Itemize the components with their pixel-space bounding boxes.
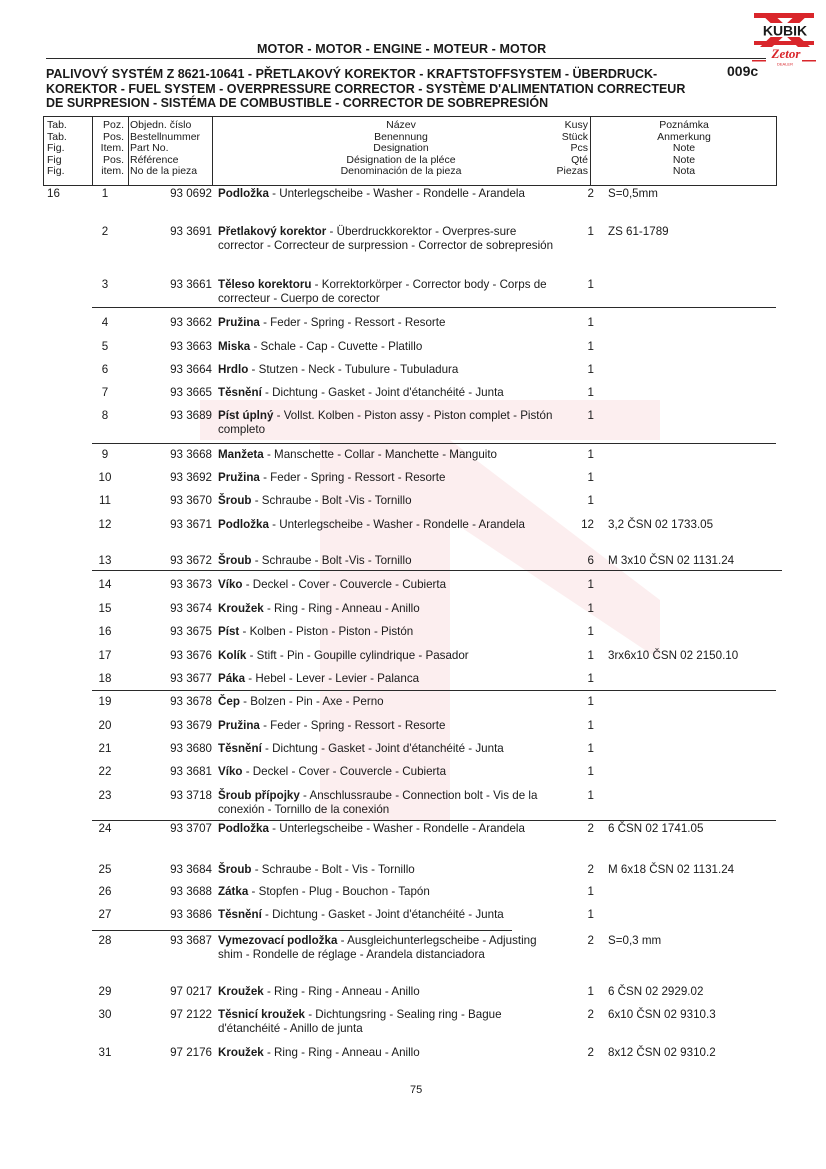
row-position: 13 <box>90 554 120 568</box>
row-quantity: 1 <box>560 409 594 423</box>
divider <box>46 58 766 59</box>
row-name-translations: - Hebel - Lever - Levier - Palanca <box>245 672 419 685</box>
row-note: 3rx6x10 ČSN 02 2150.10 <box>608 649 808 663</box>
row-part-number: 93 3676 <box>130 649 212 663</box>
row-quantity: 2 <box>560 822 594 836</box>
row-description: Zátka - Stopfen - Plug - Bouchon - Tapón <box>218 885 558 899</box>
row-part-number: 93 3688 <box>130 885 212 899</box>
row-name-translations: - Feder - Spring - Ressort - Resorte <box>260 471 446 484</box>
row-name-czech: Kolík <box>218 649 246 662</box>
row-description: Těsnění - Dichtung - Gasket - Joint d'ét… <box>218 742 558 756</box>
row-part-number: 97 0217 <box>130 985 212 999</box>
row-position: 14 <box>90 578 120 592</box>
row-description: Víko - Deckel - Cover - Couvercle - Cubi… <box>218 765 558 779</box>
row-part-number: 93 3665 <box>130 386 212 400</box>
row-name-czech: Šroub <box>218 863 252 876</box>
row-description: Píst - Kolben - Piston - Piston - Pistón <box>218 625 558 639</box>
row-quantity: 1 <box>560 885 594 899</box>
row-position: 25 <box>90 863 120 877</box>
row-quantity: 1 <box>560 448 594 462</box>
table-header: Tab.Tab.Fig.FigFig. Poz.Pos.Item.Pos.ite… <box>43 116 777 186</box>
row-name-translations: - Schraube - Bolt - Vis - Tornillo <box>252 863 415 876</box>
row-position: 12 <box>90 518 120 532</box>
row-position: 27 <box>90 908 120 922</box>
row-position: 23 <box>90 789 120 803</box>
row-part-number: 93 3675 <box>130 625 212 639</box>
row-position: 17 <box>90 649 120 663</box>
row-description: Kolík - Stift - Pin - Goupille cylindriq… <box>218 649 558 663</box>
row-quantity: 2 <box>560 1046 594 1060</box>
row-position: 30 <box>90 1008 120 1022</box>
row-name-czech: Podložka <box>218 187 269 200</box>
row-name-translations: - Dichtung - Gasket - Joint d'étanchéité… <box>262 386 504 399</box>
row-position: 29 <box>90 985 120 999</box>
row-part-number: 93 3686 <box>130 908 212 922</box>
row-part-number: 93 3674 <box>130 602 212 616</box>
row-name-czech: Těsnicí kroužek <box>218 1008 305 1021</box>
row-name-czech: Manžeta <box>218 448 264 461</box>
row-position: 28 <box>90 934 120 948</box>
group-divider <box>92 443 776 444</box>
row-name-czech: Kroužek <box>218 985 264 998</box>
row-position: 1 <box>90 187 120 201</box>
row-part-number: 93 3662 <box>130 316 212 330</box>
row-quantity: 1 <box>560 278 594 292</box>
row-name-translations: - Ring - Ring - Anneau - Anillo <box>264 602 420 615</box>
group-divider <box>92 570 782 571</box>
row-name-translations: - Feder - Spring - Ressort - Resorte <box>260 316 446 329</box>
row-name-czech: Těsnění <box>218 742 262 755</box>
row-name-translations: - Schraube - Bolt -Vis - Tornillo <box>252 494 412 507</box>
row-part-number: 93 0692 <box>130 187 212 201</box>
row-part-number: 93 3671 <box>130 518 212 532</box>
row-name-czech: Podložka <box>218 822 269 835</box>
row-fig-number: 16 <box>47 187 60 201</box>
row-position: 22 <box>90 765 120 779</box>
row-quantity: 1 <box>560 625 594 639</box>
row-part-number: 93 3679 <box>130 719 212 733</box>
svg-text:KUBIK: KUBIK <box>763 23 807 39</box>
row-position: 31 <box>90 1046 120 1060</box>
row-position: 9 <box>90 448 120 462</box>
row-part-number: 93 3681 <box>130 765 212 779</box>
row-position: 3 <box>90 278 120 292</box>
row-part-number: 97 2122 <box>130 1008 212 1022</box>
row-name-czech: Kroužek <box>218 1046 264 1059</box>
row-position: 15 <box>90 602 120 616</box>
row-note: ZS 61-1789 <box>608 225 808 239</box>
row-position: 19 <box>90 695 120 709</box>
row-part-number: 93 3670 <box>130 494 212 508</box>
row-description: Šroub - Schraube - Bolt - Vis - Tornillo <box>218 863 558 877</box>
row-name-translations: - Stopfen - Plug - Bouchon - Tapón <box>248 885 430 898</box>
row-position: 20 <box>90 719 120 733</box>
row-quantity: 1 <box>560 649 594 663</box>
row-position: 5 <box>90 340 120 354</box>
header-pos: Poz.Pos.Item.Pos.item. <box>94 117 124 185</box>
row-name-czech: Přetlakový korektor <box>218 225 326 238</box>
row-description: Šroub - Schraube - Bolt -Vis - Tornillo <box>218 554 558 568</box>
row-description: Páka - Hebel - Lever - Levier - Palanca <box>218 672 558 686</box>
row-part-number: 93 3661 <box>130 278 212 292</box>
row-name-translations: - Dichtung - Gasket - Joint d'étanchéité… <box>262 908 504 921</box>
row-part-number: 93 3673 <box>130 578 212 592</box>
row-quantity: 1 <box>560 908 594 922</box>
row-quantity: 1 <box>560 494 594 508</box>
row-part-number: 93 3718 <box>130 789 212 803</box>
row-quantity: 1 <box>560 386 594 400</box>
row-position: 16 <box>90 625 120 639</box>
row-name-translations: - Schraube - Bolt -Vis - Tornillo <box>252 554 412 567</box>
row-part-number: 93 3691 <box>130 225 212 239</box>
row-name-czech: Těsnění <box>218 908 262 921</box>
row-description: Manžeta - Manschette - Collar - Manchett… <box>218 448 558 462</box>
row-part-number: 93 3684 <box>130 863 212 877</box>
row-description: Čep - Bolzen - Pin - Axe - Perno <box>218 695 558 709</box>
document-code: 009c <box>727 63 758 79</box>
header-note: PoznámkaAnmerkungNoteNoteNota <box>592 117 776 185</box>
row-description: Vymezovací podložka - Ausgleichunterlegs… <box>218 934 558 961</box>
row-position: 7 <box>90 386 120 400</box>
row-part-number: 93 3677 <box>130 672 212 686</box>
row-part-number: 93 3687 <box>130 934 212 948</box>
group-divider <box>92 930 512 931</box>
row-name-czech: Píst <box>218 625 239 638</box>
row-part-number: 97 2176 <box>130 1046 212 1060</box>
row-position: 2 <box>90 225 120 239</box>
group-divider <box>92 690 776 691</box>
page-number: 75 <box>410 1084 422 1096</box>
row-name-czech: Zátka <box>218 885 248 898</box>
row-quantity: 2 <box>560 934 594 948</box>
row-name-czech: Šroub přípojky <box>218 789 300 802</box>
row-quantity: 1 <box>560 363 594 377</box>
row-part-number: 93 3689 <box>130 409 212 423</box>
row-quantity: 1 <box>560 695 594 709</box>
row-quantity: 1 <box>560 340 594 354</box>
row-description: Podložka - Unterlegscheibe - Washer - Ro… <box>218 518 558 532</box>
header-tab: Tab.Tab.Fig.FigFig. <box>47 117 92 185</box>
row-name-translations: - Manschette - Collar - Manchette - Mang… <box>264 448 497 461</box>
row-quantity: 2 <box>560 1008 594 1022</box>
row-quantity: 1 <box>560 471 594 485</box>
row-quantity: 1 <box>560 765 594 779</box>
row-description: Hrdlo - Stutzen - Neck - Tubulure - Tubu… <box>218 363 558 377</box>
row-name-czech: Čep <box>218 695 240 708</box>
row-description: Kroužek - Ring - Ring - Anneau - Anillo <box>218 1046 558 1060</box>
row-name-czech: Vymezovací podložka <box>218 934 337 947</box>
row-description: Podložka - Unterlegscheibe - Washer - Ro… <box>218 822 558 836</box>
row-name-translations: - Dichtung - Gasket - Joint d'étanchéité… <box>262 742 504 755</box>
row-part-number: 93 3664 <box>130 363 212 377</box>
group-divider <box>92 307 776 308</box>
row-position: 18 <box>90 672 120 686</box>
row-description: Přetlakový korektor - Überdruckkorektor … <box>218 225 558 252</box>
row-name-translations: - Stutzen - Neck - Tubulure - Tubuladura <box>248 363 458 376</box>
row-name-czech: Víko <box>218 578 242 591</box>
row-description: Kroužek - Ring - Ring - Anneau - Anillo <box>218 985 558 999</box>
row-description: Těleso korektoru - Korrektorkörper - Cor… <box>218 278 558 305</box>
row-note: M 3x10 ČSN 02 1131.24 <box>608 554 808 568</box>
row-note: S=0,5mm <box>608 187 808 201</box>
group-divider <box>92 820 776 821</box>
svg-text:Zetor: Zetor <box>771 46 802 61</box>
row-position: 6 <box>90 363 120 377</box>
row-quantity: 6 <box>560 554 594 568</box>
row-name-translations: - Unterlegscheibe - Washer - Rondelle - … <box>269 822 525 835</box>
row-description: Šroub přípojky - Anschlussraube - Connec… <box>218 789 558 816</box>
row-name-translations: - Deckel - Cover - Couvercle - Cubierta <box>242 578 446 591</box>
row-quantity: 1 <box>560 742 594 756</box>
row-quantity: 1 <box>560 602 594 616</box>
row-part-number: 93 3678 <box>130 695 212 709</box>
row-position: 8 <box>90 409 120 423</box>
row-position: 26 <box>90 885 120 899</box>
row-name-translations: - Unterlegscheibe - Washer - Rondelle - … <box>269 518 525 531</box>
row-description: Píst úplný - Vollst. Kolben - Piston ass… <box>218 409 558 436</box>
row-quantity: 2 <box>560 187 594 201</box>
row-quantity: 12 <box>560 518 594 532</box>
row-part-number: 93 3680 <box>130 742 212 756</box>
row-description: Šroub - Schraube - Bolt -Vis - Tornillo <box>218 494 558 508</box>
row-name-translations: - Kolben - Piston - Piston - Pistón <box>239 625 413 638</box>
row-name-czech: Miska <box>218 340 250 353</box>
row-note: 8x12 ČSN 02 9310.2 <box>608 1046 808 1060</box>
row-name-czech: Víko <box>218 765 242 778</box>
header-name: NázevBenennungDesignationDésignation de … <box>212 117 590 185</box>
row-description: Kroužek - Ring - Ring - Anneau - Anillo <box>218 602 558 616</box>
row-name-czech: Píst úplný <box>218 409 273 422</box>
header-quantity: KusyStückPcsQtéPiezas <box>554 117 588 185</box>
row-quantity: 1 <box>560 719 594 733</box>
row-quantity: 1 <box>560 578 594 592</box>
row-note: S=0,3 mm <box>608 934 808 948</box>
row-description: Víko - Deckel - Cover - Couvercle - Cubi… <box>218 578 558 592</box>
row-name-translations: - Ring - Ring - Anneau - Anillo <box>264 1046 420 1059</box>
row-quantity: 1 <box>560 985 594 999</box>
row-part-number: 93 3663 <box>130 340 212 354</box>
row-name-czech: Podložka <box>218 518 269 531</box>
row-name-translations: - Bolzen - Pin - Axe - Perno <box>240 695 384 708</box>
row-part-number: 93 3707 <box>130 822 212 836</box>
row-part-number: 93 3672 <box>130 554 212 568</box>
row-name-translations: - Unterlegscheibe - Washer - Rondelle - … <box>269 187 525 200</box>
row-name-czech: Pružina <box>218 316 260 329</box>
row-name-translations: - Stift - Pin - Goupille cylindrique - P… <box>246 649 468 662</box>
row-name-czech: Pružina <box>218 719 260 732</box>
row-position: 24 <box>90 822 120 836</box>
row-note: M 6x18 ČSN 02 1131.24 <box>608 863 808 877</box>
row-name-translations: - Deckel - Cover - Couvercle - Cubierta <box>242 765 446 778</box>
row-quantity: 1 <box>560 316 594 330</box>
row-description: Těsnicí kroužek - Dichtungsring - Sealin… <box>218 1008 558 1035</box>
row-quantity: 1 <box>560 225 594 239</box>
row-name-translations: - Schale - Cap - Cuvette - Platillo <box>250 340 422 353</box>
row-note: 3,2 ČSN 02 1733.05 <box>608 518 808 532</box>
row-description: Podložka - Unterlegscheibe - Washer - Ro… <box>218 187 558 201</box>
row-name-czech: Těleso korektoru <box>218 278 311 291</box>
row-part-number: 93 3692 <box>130 471 212 485</box>
row-description: Těsnění - Dichtung - Gasket - Joint d'ét… <box>218 908 558 922</box>
svg-text:DEALER: DEALER <box>777 62 793 67</box>
row-position: 4 <box>90 316 120 330</box>
row-position: 11 <box>90 494 120 508</box>
row-note: 6 ČSN 02 1741.05 <box>608 822 808 836</box>
row-name-czech: Kroužek <box>218 602 264 615</box>
row-description: Pružina - Feder - Spring - Ressort - Res… <box>218 471 558 485</box>
row-name-translations: - Ring - Ring - Anneau - Anillo <box>264 985 420 998</box>
row-name-translations: - Feder - Spring - Ressort - Resorte <box>260 719 446 732</box>
row-name-czech: Těsnění <box>218 386 262 399</box>
row-description: Pružina - Feder - Spring - Ressort - Res… <box>218 719 558 733</box>
row-name-czech: Páka <box>218 672 245 685</box>
row-note: 6 ČSN 02 2929.02 <box>608 985 808 999</box>
row-note: 6x10 ČSN 02 9310.3 <box>608 1008 808 1022</box>
row-quantity: 2 <box>560 863 594 877</box>
row-description: Miska - Schale - Cap - Cuvette - Platill… <box>218 340 558 354</box>
section-title: MOTOR - MOTOR - ENGINE - MOTEUR - MOTOR <box>257 42 546 56</box>
row-name-czech: Šroub <box>218 554 252 567</box>
row-description: Těsnění - Dichtung - Gasket - Joint d'ét… <box>218 386 558 400</box>
row-name-czech: Pružina <box>218 471 260 484</box>
row-position: 10 <box>90 471 120 485</box>
row-name-czech: Hrdlo <box>218 363 248 376</box>
row-quantity: 1 <box>560 672 594 686</box>
row-description: Pružina - Feder - Spring - Ressort - Res… <box>218 316 558 330</box>
row-name-czech: Šroub <box>218 494 252 507</box>
row-position: 21 <box>90 742 120 756</box>
page-heading: PALIVOVÝ SYSTÉM Z 8621-10641 - PŘETLAKOV… <box>46 67 726 111</box>
row-part-number: 93 3668 <box>130 448 212 462</box>
row-quantity: 1 <box>560 789 594 803</box>
